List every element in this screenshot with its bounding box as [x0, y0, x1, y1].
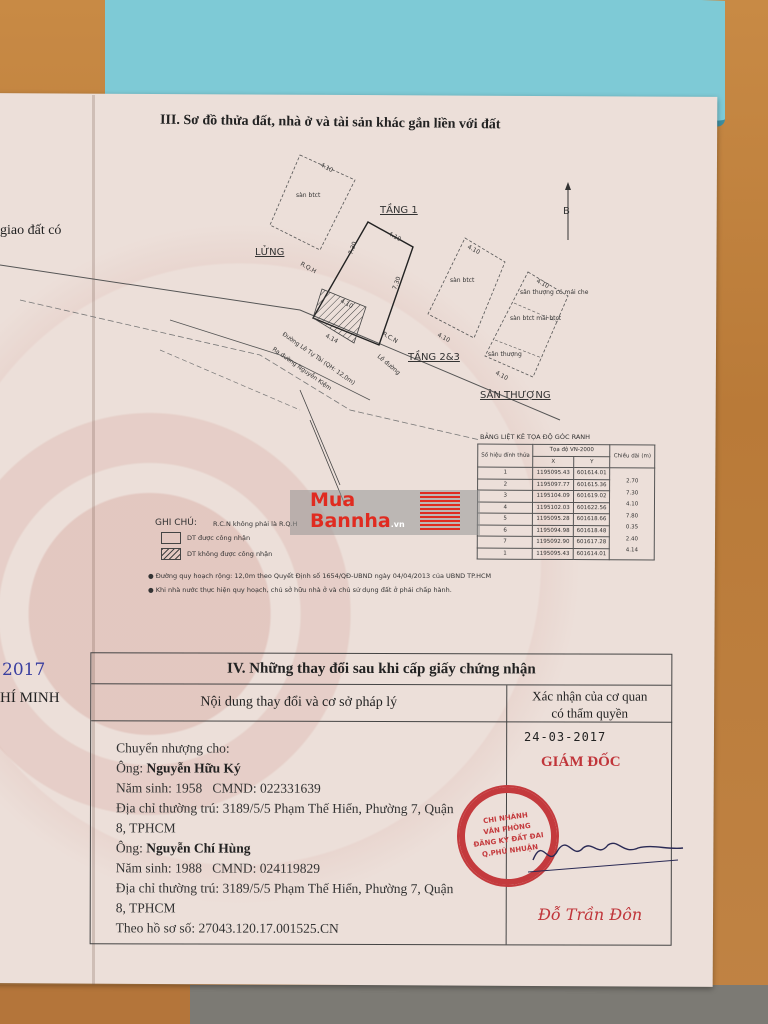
legend-not-recognized: DT không được công nhận: [161, 548, 272, 560]
coordinate-table: Số hiệu đỉnh thửa Tọa độ VN-2000 Chiều d…: [477, 444, 655, 561]
header-vertex: Số hiệu đỉnh thửa: [478, 444, 534, 467]
legend-bullet-2: ● Khi nhà nước thực hiện quy hoạch, chủ …: [148, 586, 452, 594]
col-confirmation-header: Xác nhận của cơ quan có thẩm quyền: [506, 685, 672, 722]
person-2-birth: Năm sinh: 1988 CMND: 024119829: [116, 858, 454, 879]
legend-note: R.C.N không phải là R.Q.H: [213, 520, 297, 528]
person-2-name: Ông: Nguyễn Chí Hùng: [116, 838, 454, 859]
left-city-text: HÍ MINH: [0, 690, 60, 707]
table-row: 11195095.43601614.01 2.707.304.107.800.3…: [478, 467, 655, 479]
bullet-icon: ●: [148, 586, 154, 594]
col-content-header: Nội dung thay đổi và cơ sở pháp lý: [91, 684, 506, 722]
person-1-name: Ông: Nguyễn Hữu Ký: [116, 758, 454, 779]
confirmation-date: 24-03-2017: [524, 730, 606, 744]
building-logo-icon: [420, 492, 460, 532]
director-title: GIÁM ĐỐC: [541, 754, 621, 771]
wood-table-edge: [0, 985, 190, 1024]
coordinate-table-caption: BẢNG LIỆT KÊ TỌA ĐỘ GÓC RANH: [480, 433, 590, 441]
header-y: Y: [573, 456, 610, 468]
header-x: X: [533, 456, 573, 468]
signer-name: Đỗ Trần Đôn: [538, 905, 642, 924]
person-1-address: Địa chỉ thường trú: 3189/5/5 Phạm Thế Hi…: [116, 798, 454, 819]
handwritten-year: 2017: [2, 660, 45, 680]
header-system: Tọa độ VN-2000: [533, 444, 610, 456]
legend-title: GHI CHÚ:: [155, 518, 197, 528]
bullet-icon: ●: [148, 572, 154, 580]
header-length: Chiều dài (m): [610, 445, 654, 468]
left-fragment-text: giao đất có: [0, 223, 61, 239]
change-content: Chuyển nhượng cho: Ông: Nguyễn Hữu Ký Nă…: [116, 738, 454, 939]
muabannha-watermark: Mua Bannha.vn: [290, 490, 480, 535]
file-number: Theo hồ sơ số: 27043.120.17.001525.CN: [116, 918, 454, 939]
person-2-address: Địa chỉ thường trú: 3189/5/5 Phạm Thế Hi…: [116, 878, 454, 899]
section-4-table: IV. Những thay đổi sau khi cấp giấy chứn…: [90, 652, 673, 946]
not-recognized-swatch: [161, 548, 181, 560]
person-1-birth: Năm sinh: 1958 CMND: 022331639: [116, 778, 454, 799]
floor: [190, 985, 768, 1024]
signature-icon: [528, 830, 688, 880]
legend-recognized: DT được công nhận: [161, 532, 250, 544]
legend-bullet-1: ● Đường quy hoạch rộng: 12,0m theo Quyết…: [148, 572, 491, 580]
section-4-title: IV. Những thay đổi sau khi cấp giấy chứn…: [91, 653, 671, 686]
recognized-swatch: [161, 532, 181, 544]
